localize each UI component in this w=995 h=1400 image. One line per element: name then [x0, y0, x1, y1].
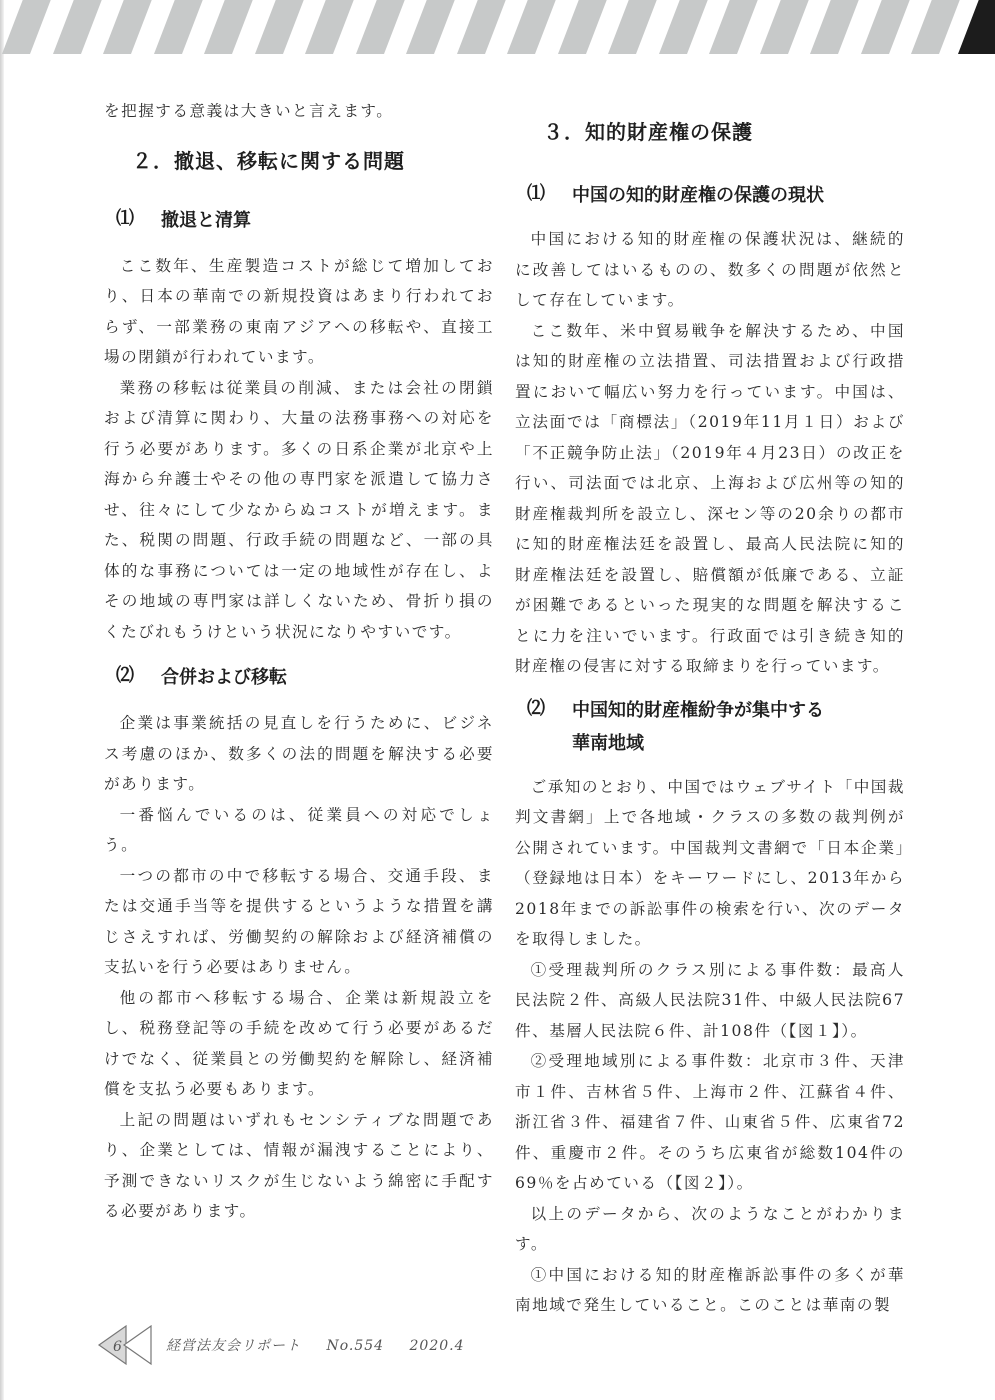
right-column: ３．知的財産権の保護 ⑴ 中国の知的財産権の保護の現状 中国における知的財産権の… — [515, 96, 905, 1321]
header-stripe — [457, 0, 506, 54]
section-3-heading: ３．知的財産権の保護 — [515, 116, 905, 145]
header-stripe — [709, 0, 758, 54]
footer-publication-info: 経営法友会リポート No.554 2020.4 — [166, 1335, 485, 1355]
subsection-number: ⑴ — [527, 179, 572, 212]
subsection-title: 合併および移転 — [161, 661, 287, 694]
subsection-3-1-heading: ⑴ 中国の知的財産権の保護の現状 — [515, 179, 905, 212]
subsection-title: 中国知的財産権紛争が集中する 華南地域 — [572, 694, 824, 760]
header-stripe — [406, 0, 455, 54]
header-stripe — [204, 0, 253, 54]
header-stripe — [810, 0, 859, 54]
paragraph: 企業は事業統括の見直しを行うために、ビジネス考慮のほか、数多くの法的問題を解決す… — [104, 708, 494, 800]
paragraph: ご承知のとおり、中国ではウェブサイト「中国裁判文書網」上で各地域・クラスの多数の… — [515, 772, 905, 955]
left-column: を把握する意義は大きいと言えます。 ２．撤退、移転に関する問題 ⑴ 撤退と清算 … — [104, 96, 494, 1227]
header-accent-stripe — [958, 0, 995, 54]
paragraph: 一つの都市の中で移転する場合、交通手段、または交通手当等を提供するというような措… — [104, 861, 494, 983]
paragraph: 以上のデータから、次のようなことがわかります。 — [515, 1199, 905, 1260]
header-stripe — [608, 0, 657, 54]
subsection-2-1-heading: ⑴ 撤退と清算 — [104, 204, 494, 237]
header-stripe — [911, 0, 960, 54]
subsection-title: 撤退と清算 — [161, 204, 251, 237]
page-left-edge — [0, 0, 4, 1400]
header-stripe — [154, 0, 203, 54]
header-stripe — [255, 0, 304, 54]
header-stripe — [760, 0, 809, 54]
page-number: 6 — [113, 1339, 122, 1355]
header-stripe — [103, 0, 152, 54]
paragraph: ①受理裁判所のクラス別による事件数：最高人民法院２件、高級人民法院31件、中級人… — [515, 955, 905, 1047]
paragraph: ここ数年、生産製造コストが総じて増加しており、日本の華南での新規投資はあまり行わ… — [104, 251, 494, 373]
subsection-title-line2: 華南地域 — [572, 733, 644, 754]
header-stripe — [558, 0, 607, 54]
paragraph: 業務の移転は従業員の削減、または会社の閉鎖および清算に関わり、大量の法務事務への… — [104, 373, 494, 648]
publication-name: 経営法友会リポート — [166, 1338, 301, 1354]
header-stripe-band — [0, 0, 995, 54]
subsection-title: 中国の知的財産権の保護の現状 — [572, 179, 824, 212]
header-stripe — [2, 0, 51, 54]
header-stripe — [861, 0, 910, 54]
issue-number: No.554 — [326, 1338, 384, 1354]
page-footer: 6 経営法友会リポート No.554 2020.4 — [96, 1324, 485, 1366]
header-stripe — [356, 0, 405, 54]
subsection-title-line1: 中国知的財産権紛争が集中する — [572, 700, 824, 721]
paragraph: ①中国における知的財産権訴訟事件の多くが華南地域で発生していること。このことは華… — [515, 1260, 905, 1321]
double-triangle-arrow-icon: 6 — [96, 1324, 158, 1366]
paragraph: ここ数年、米中貿易戦争を解決するため、中国は知的財産権の立法措置、司法措置および… — [515, 316, 905, 682]
subsection-number: ⑵ — [527, 694, 572, 760]
continuation-text: を把握する意義は大きいと言えます。 — [104, 96, 494, 127]
section-2-heading: ２．撤退、移転に関する問題 — [104, 145, 494, 174]
paragraph: 上記の問題はいずれもセンシティブな問題であり、企業としては、情報が漏洩することに… — [104, 1105, 494, 1227]
subsection-number: ⑴ — [116, 204, 161, 237]
paragraph: 中国における知的財産権の保護状況は、継続的に改善してはいるものの、数多くの問題が… — [515, 224, 905, 316]
header-stripe — [507, 0, 556, 54]
subsection-number: ⑵ — [116, 661, 161, 694]
subsection-3-2-heading: ⑵ 中国知的財産権紛争が集中する 華南地域 — [515, 694, 905, 760]
header-stripe — [305, 0, 354, 54]
issue-date: 2020.4 — [410, 1338, 465, 1354]
header-stripe — [53, 0, 102, 54]
subsection-2-2-heading: ⑵ 合併および移転 — [104, 661, 494, 694]
paragraph: 一番悩んでいるのは、従業員への対応でしょう。 — [104, 800, 494, 861]
paragraph: ②受理地域別による事件数：北京市３件、天津市１件、吉林省５件、上海市２件、江蘇省… — [515, 1046, 905, 1199]
header-stripe — [659, 0, 708, 54]
paragraph: 他の都市へ移転する場合、企業は新規設立をし、税務登記等の手続を改めて行う必要があ… — [104, 983, 494, 1105]
